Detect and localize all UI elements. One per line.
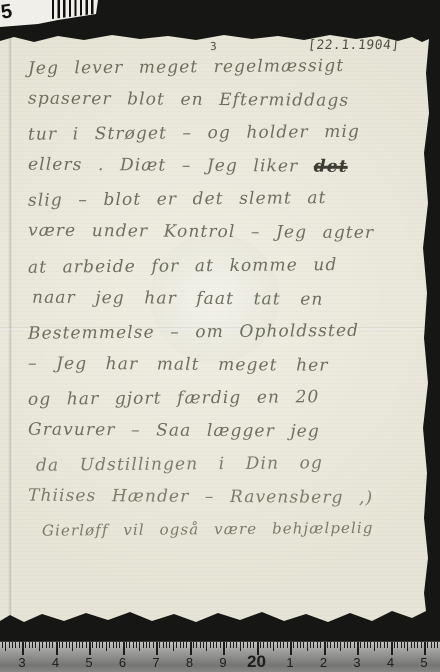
ruler-tick bbox=[337, 642, 338, 648]
ruler-tick bbox=[303, 642, 304, 648]
ruler-tick bbox=[260, 642, 261, 648]
ruler-tick bbox=[113, 642, 114, 648]
ruler-tick bbox=[360, 642, 361, 648]
ruler-tick bbox=[180, 642, 181, 648]
ruler-tick bbox=[32, 642, 33, 648]
ruler-number-20: 20 bbox=[244, 652, 270, 672]
ruler-tick bbox=[89, 642, 91, 655]
page-number: 3 bbox=[210, 40, 217, 53]
ruler-tick bbox=[397, 642, 398, 648]
ruler-tick bbox=[401, 642, 402, 648]
ruler-number-7: 7 bbox=[143, 655, 169, 670]
ruler-tick bbox=[226, 642, 227, 648]
ruler-tick bbox=[42, 642, 43, 648]
handwritten-line-5: slig – blot er det slemt at bbox=[28, 188, 420, 225]
ruler-tick bbox=[69, 642, 70, 648]
ruler-number-8: 8 bbox=[177, 655, 203, 670]
ruler-tick bbox=[324, 642, 326, 655]
ruler-tick bbox=[2, 642, 3, 648]
ruler-tick bbox=[139, 642, 140, 651]
ruler-tick bbox=[129, 642, 130, 648]
ruler-tick bbox=[367, 642, 368, 648]
ruler-tick bbox=[424, 642, 426, 655]
ruler-tick bbox=[102, 642, 103, 648]
handwritten-line-3: tur i Strøget – og holder mig bbox=[28, 121, 420, 158]
ruler-tick bbox=[270, 642, 271, 648]
ruler-tick bbox=[374, 642, 375, 651]
ruler-tick bbox=[417, 642, 418, 648]
handwritten-line-9: Bestemmelse – om Opholdssted bbox=[28, 320, 420, 357]
ruler-tick bbox=[414, 642, 415, 648]
handwritten-line-11: og har gjort færdig en 20 bbox=[28, 386, 420, 423]
ruler-tick bbox=[267, 642, 268, 648]
ruler-tick bbox=[99, 642, 100, 648]
bottom-ruler: 34567892012345 bbox=[0, 641, 440, 672]
ruler-tick bbox=[56, 642, 58, 655]
ruler-tick bbox=[25, 642, 26, 648]
ruler-tick bbox=[380, 642, 381, 648]
ruler-tick bbox=[119, 642, 120, 648]
ruler-tick bbox=[19, 642, 20, 648]
letter-sheet: 3 [22.1.1904] Jeg lever meget regelmæssi… bbox=[0, 33, 430, 624]
ruler-tick bbox=[334, 642, 335, 648]
ruler-tick bbox=[169, 642, 170, 648]
ruler-tick bbox=[250, 642, 251, 648]
ruler-tick bbox=[109, 642, 110, 648]
ruler-tick bbox=[190, 642, 192, 655]
ruler-tick bbox=[330, 642, 331, 648]
handwritten-line-6: være under Kontrol – Jeg agter bbox=[28, 221, 420, 257]
ruler-tick bbox=[15, 642, 16, 648]
ruler-number-5: 5 bbox=[76, 655, 102, 670]
ruler-tick bbox=[370, 642, 371, 648]
ruler-tick bbox=[434, 642, 435, 648]
handwritten-line-7: at arbeide for at komme ud bbox=[28, 254, 420, 291]
ruler-tick bbox=[313, 642, 314, 648]
handwritten-line-12: Gravurer – Saa lægger jeg bbox=[28, 420, 420, 456]
date-annotation: [22.1.1904] bbox=[307, 38, 400, 53]
ruler-tick bbox=[317, 642, 318, 648]
ruler-tick bbox=[287, 642, 288, 648]
handwritten-line-13: da Udstillingen i Din og bbox=[36, 452, 420, 488]
ruler-tick bbox=[153, 642, 154, 648]
ruler-tick bbox=[49, 642, 50, 648]
ruler-tick bbox=[377, 642, 378, 648]
ruler-tick bbox=[253, 642, 254, 648]
ruler-tick bbox=[357, 642, 359, 655]
ruler-tick bbox=[196, 642, 197, 648]
ruler-number-6: 6 bbox=[110, 655, 136, 670]
ruler-tick bbox=[280, 642, 281, 648]
ruler-tick bbox=[277, 642, 278, 648]
ruler-number-3: 3 bbox=[9, 655, 35, 670]
ruler-tick bbox=[320, 642, 321, 648]
top-ruler-fragment: 5 bbox=[0, 0, 100, 30]
ruler-tick bbox=[46, 642, 47, 648]
ruler-tick bbox=[387, 642, 388, 648]
ruler-tick bbox=[310, 642, 311, 648]
ruler-tick bbox=[344, 642, 345, 648]
ruler-tick bbox=[133, 642, 134, 648]
ruler-tick bbox=[76, 642, 77, 648]
ruler-tick bbox=[166, 642, 167, 648]
ruler-tick bbox=[404, 642, 405, 648]
handwritten-line-10: – Jeg har malt meget her bbox=[28, 353, 420, 389]
ruler-tick bbox=[394, 642, 395, 648]
ruler-tick bbox=[213, 642, 214, 648]
ruler-tick bbox=[243, 642, 244, 648]
ruler-tick bbox=[136, 642, 137, 648]
ruler-tick bbox=[290, 642, 292, 655]
ruler-tick bbox=[220, 642, 221, 648]
handwritten-line-2: spaserer blot en Eftermiddags bbox=[28, 89, 420, 125]
ruler-tick bbox=[79, 642, 80, 648]
ruler-number-4: 4 bbox=[43, 655, 69, 670]
ruler-tick bbox=[247, 642, 248, 648]
ruler-tick bbox=[263, 642, 264, 648]
ruler-tick bbox=[347, 642, 348, 648]
ruler-tick bbox=[82, 642, 83, 648]
ruler-tick bbox=[66, 642, 67, 648]
ruler-tick bbox=[230, 642, 231, 648]
ruler-tick bbox=[364, 642, 365, 648]
ruler-tick bbox=[273, 642, 274, 651]
ruler-tick bbox=[307, 642, 308, 651]
ruler-tick bbox=[176, 642, 177, 648]
ruler-tick bbox=[29, 642, 30, 648]
handwritten-line-15: Gierløff vil også være behjælpelig bbox=[42, 519, 420, 555]
ruler-tick bbox=[116, 642, 117, 648]
ruler-tick bbox=[183, 642, 184, 648]
ruler-tick bbox=[163, 642, 164, 648]
ruler-tick bbox=[437, 642, 438, 648]
line-text: ellers . Diæt – Jeg liker bbox=[28, 155, 314, 177]
struck-word: det bbox=[314, 157, 348, 177]
ruler-tick bbox=[240, 642, 241, 651]
ruler-tick bbox=[62, 642, 63, 648]
handwritten-text-block: Jeg lever meget regelmæssigtspaserer blo… bbox=[28, 57, 420, 553]
ruler-tick bbox=[9, 642, 10, 648]
ruler-tick bbox=[52, 642, 53, 648]
ruler-tick bbox=[427, 642, 428, 648]
ruler-tick bbox=[216, 642, 217, 648]
ruler-tick bbox=[156, 642, 158, 655]
ruler-tick bbox=[297, 642, 298, 648]
ruler-tick bbox=[193, 642, 194, 648]
ruler-tick bbox=[384, 642, 385, 648]
ruler-tick bbox=[106, 642, 107, 651]
ruler-tick bbox=[86, 642, 87, 648]
ruler-tick bbox=[407, 642, 408, 651]
ruler-tick bbox=[283, 642, 284, 648]
ruler-tick bbox=[126, 642, 127, 648]
ruler-tick bbox=[96, 642, 97, 648]
ruler-tick bbox=[421, 642, 422, 648]
ruler-tick bbox=[350, 642, 351, 648]
ruler-tick bbox=[223, 642, 225, 655]
ruler-tick bbox=[35, 642, 36, 648]
ruler-tick bbox=[22, 642, 24, 655]
ruler-tick bbox=[203, 642, 204, 648]
ruler-tick bbox=[159, 642, 160, 648]
ruler-tick bbox=[5, 642, 6, 651]
ruler-number-3: 3 bbox=[344, 655, 370, 670]
ruler-tick bbox=[411, 642, 412, 648]
ruler-tick bbox=[206, 642, 207, 651]
ruler-tick bbox=[72, 642, 73, 651]
top-ruler-ticks bbox=[52, 0, 96, 19]
ruler-number-9: 9 bbox=[210, 655, 236, 670]
ruler-tick bbox=[300, 642, 301, 648]
ruler-tick bbox=[293, 642, 294, 648]
ruler-tick bbox=[391, 642, 393, 655]
handwritten-line-8: naar jeg har faat tat en bbox=[32, 287, 420, 323]
handwritten-line-14: Thiises Hænder – Ravensberg ,) bbox=[28, 486, 420, 522]
ruler-tick bbox=[233, 642, 234, 648]
ruler-tick bbox=[146, 642, 147, 648]
ruler-tick bbox=[327, 642, 328, 648]
ruler-tick bbox=[92, 642, 93, 648]
ruler-tick bbox=[59, 642, 60, 648]
ruler-tick bbox=[431, 642, 432, 648]
ruler-number-2: 2 bbox=[311, 655, 337, 670]
scanned-letter-page: 5 3 [22.1.1904] Jeg lever meget regelmæs… bbox=[0, 0, 440, 672]
handwritten-line-1: Jeg lever meget regelmæssigt bbox=[28, 55, 420, 92]
ruler-number-5: 5 bbox=[411, 655, 437, 670]
ruler-tick bbox=[200, 642, 201, 648]
ruler-tick bbox=[236, 642, 237, 648]
ruler-tick bbox=[340, 642, 341, 651]
ruler-number-4: 4 bbox=[378, 655, 404, 670]
ruler-tick bbox=[39, 642, 40, 651]
ruler-number-1: 1 bbox=[277, 655, 303, 670]
ruler-tick bbox=[354, 642, 355, 648]
ruler-tick bbox=[149, 642, 150, 648]
ruler-tick bbox=[123, 642, 125, 655]
ruler-tick bbox=[143, 642, 144, 648]
ruler-tick bbox=[186, 642, 187, 648]
ruler-tick bbox=[173, 642, 174, 651]
ruler-tick bbox=[12, 642, 13, 648]
ruler-tick bbox=[210, 642, 211, 648]
handwritten-line-4: ellers . Diæt – Jeg liker det bbox=[28, 155, 420, 191]
